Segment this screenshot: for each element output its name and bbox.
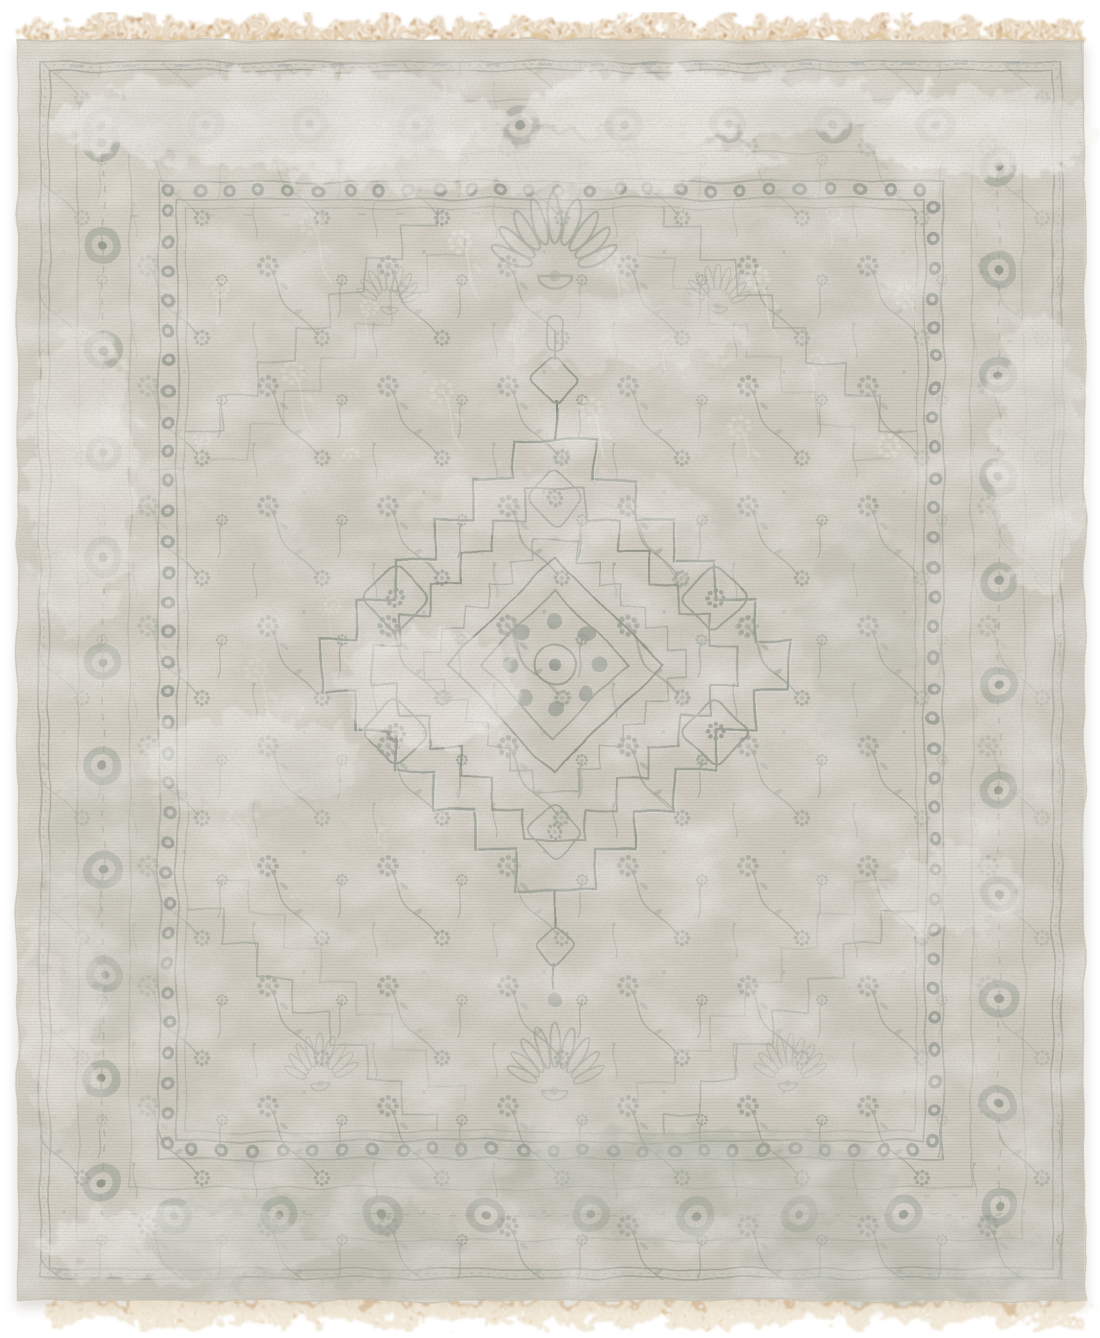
rug-photo [0,0,1100,1338]
grain-overlay [18,40,1084,1300]
